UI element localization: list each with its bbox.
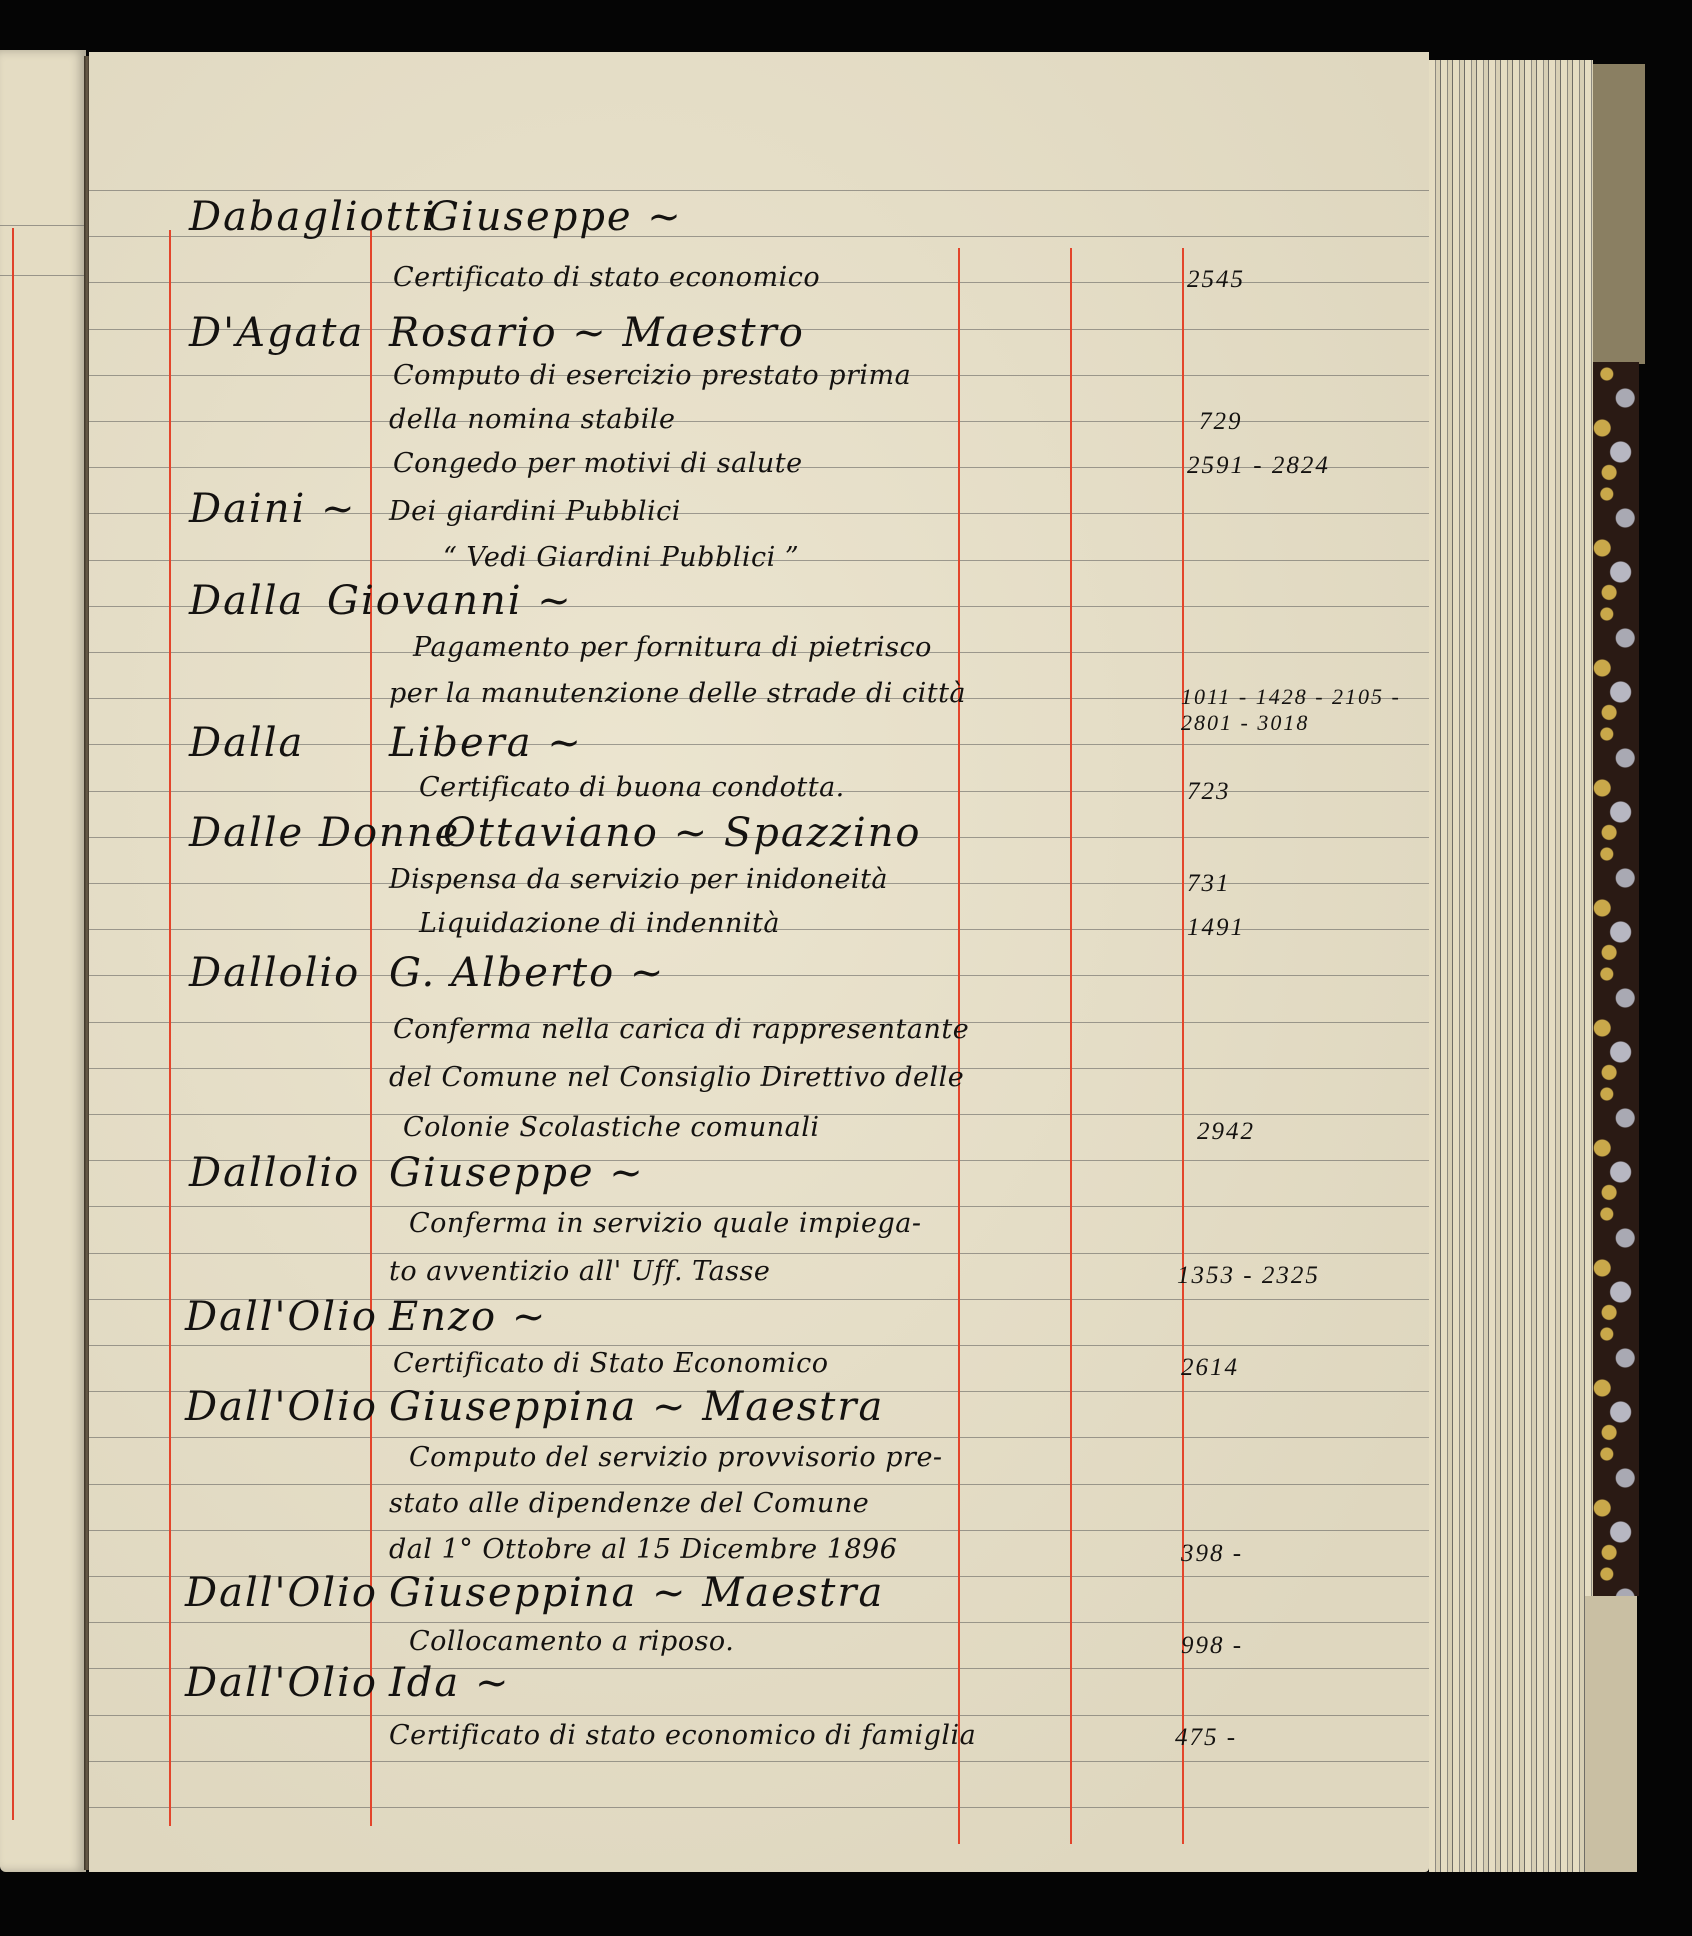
- entry-description: Certificato di stato economico: [393, 262, 820, 293]
- entry-surname: Daini ~: [189, 486, 357, 532]
- entry-reference: 475 -: [1175, 1724, 1237, 1752]
- entry-reference: 723: [1187, 778, 1231, 806]
- red-column-line-name: [169, 230, 171, 1826]
- entry-reference-continued: 2801 - 3018: [1181, 710, 1309, 736]
- ruled-line: [89, 1345, 1429, 1346]
- entry-surname: Dallolio: [189, 1150, 360, 1196]
- entry-description: Colonie Scolastiche comunali: [403, 1112, 820, 1143]
- entry-surname: Dalle Donne: [189, 810, 460, 856]
- ruled-line: [0, 225, 86, 226]
- entry-given-name: Ida ~: [389, 1660, 510, 1706]
- entry-reference: 729: [1199, 408, 1243, 436]
- entry-surname: Dalla: [189, 720, 304, 766]
- red-column-line-mid: [1070, 248, 1072, 1844]
- entry-given-name: Enzo ~: [389, 1294, 547, 1340]
- ruled-line: [89, 1253, 1429, 1254]
- entry-description: del Comune nel Consiglio Direttivo delle: [389, 1062, 964, 1093]
- entry-description: Dispensa da servizio per inidoneità: [389, 864, 888, 895]
- entry-description: Certificato di Stato Economico: [393, 1348, 829, 1379]
- entry-surname: Dall'Olio: [185, 1294, 378, 1340]
- ruled-line: [89, 1715, 1429, 1716]
- entry-description: per la manutenzione delle strade di citt…: [389, 678, 966, 709]
- page-stack-edge: [1429, 60, 1593, 1872]
- entry-surname: Dallolio: [189, 950, 360, 996]
- entry-surname: Dall'Olio: [185, 1660, 378, 1706]
- entry-reference: 2545: [1187, 266, 1245, 294]
- heading-given: Giuseppe ~: [427, 194, 683, 240]
- entry-description: stato alle dipendenze del Comune: [389, 1488, 869, 1519]
- entry-description: Computo del servizio provvisorio pre-: [409, 1442, 943, 1473]
- ruled-line: [89, 1206, 1429, 1207]
- entry-reference: 2591 - 2824: [1187, 452, 1330, 480]
- entry-description: Certificato di stato economico di famigl…: [389, 1720, 976, 1751]
- entry-reference: 398 -: [1181, 1540, 1243, 1568]
- entry-reference: 2614: [1181, 1354, 1239, 1382]
- entry-given-name: Ottaviano ~ Spazzino: [443, 810, 921, 856]
- entry-given-name: Libera ~: [389, 720, 583, 766]
- entry-description: “ Vedi Giardini Pubblici ”: [443, 542, 799, 573]
- entry-given-name: Giuseppina ~ Maestra: [389, 1384, 884, 1430]
- entry-surname: D'Agata: [189, 310, 364, 356]
- entry-given-name: Rosario ~ Maestro: [389, 310, 805, 356]
- red-column-line-ref: [1182, 248, 1184, 1844]
- ruled-line: [89, 1622, 1429, 1623]
- entry-surname: Dall'Olio: [185, 1384, 378, 1430]
- entry-description: Conferma nella carica di rappresentante: [393, 1014, 969, 1045]
- entry-surname: Dalla: [189, 578, 304, 624]
- entry-description: dal 1° Ottobre al 15 Dicembre 1896: [389, 1534, 897, 1565]
- entry-description: Certificato di buona condotta.: [419, 772, 845, 803]
- ruled-line: [89, 1437, 1429, 1438]
- entry-surname: Dall'Olio: [185, 1570, 378, 1616]
- ruled-line: [89, 1530, 1429, 1531]
- ruled-line: [89, 1807, 1429, 1808]
- entry-description: Liquidazione di indennità: [419, 908, 780, 939]
- left-page-edge: [0, 50, 86, 1872]
- entry-given-name: Dei giardini Pubblici: [389, 496, 681, 527]
- entry-reference: 1353 - 2325: [1177, 1262, 1320, 1290]
- entry-reference: 1491: [1187, 914, 1245, 942]
- ledger-page: Dabagliotti Giuseppe ~ Certificato di st…: [89, 52, 1429, 1872]
- book-cover-top: [1593, 64, 1645, 364]
- entry-reference: 1011 - 1428 - 2105 -: [1181, 684, 1401, 710]
- red-margin-line: [12, 228, 14, 1820]
- entry-description: Conferma in servizio quale impiega-: [409, 1208, 922, 1239]
- entry-description: Congedo per motivi di salute: [393, 448, 803, 479]
- ruled-line: [89, 190, 1429, 191]
- entry-description: della nomina stabile: [389, 404, 676, 435]
- entry-given-name: G. Alberto ~: [389, 950, 665, 996]
- entry-description: to avventizio all' Uff. Tasse: [389, 1256, 770, 1287]
- book-cover-bottom: [1585, 1596, 1637, 1872]
- entry-reference: 731: [1187, 870, 1231, 898]
- entry-description: Collocamento a riposo.: [409, 1626, 734, 1657]
- entry-given-name: Giovanni ~: [327, 578, 573, 624]
- marbled-cover: [1593, 362, 1639, 1596]
- entry-given-name: Giuseppina ~ Maestra: [389, 1570, 884, 1616]
- entry-reference: 2942: [1197, 1118, 1255, 1146]
- heading-surname: Dabagliotti: [189, 194, 437, 240]
- red-column-line-desc-end: [958, 248, 960, 1844]
- ruled-line: [89, 1761, 1429, 1762]
- entry-description: Computo di esercizio prestato prima: [393, 360, 911, 391]
- ruled-line: [89, 1484, 1429, 1485]
- entry-given-name: Giuseppe ~: [389, 1150, 645, 1196]
- entry-reference: 998 -: [1181, 1632, 1243, 1660]
- entry-description: Pagamento per fornitura di pietrisco: [413, 632, 932, 663]
